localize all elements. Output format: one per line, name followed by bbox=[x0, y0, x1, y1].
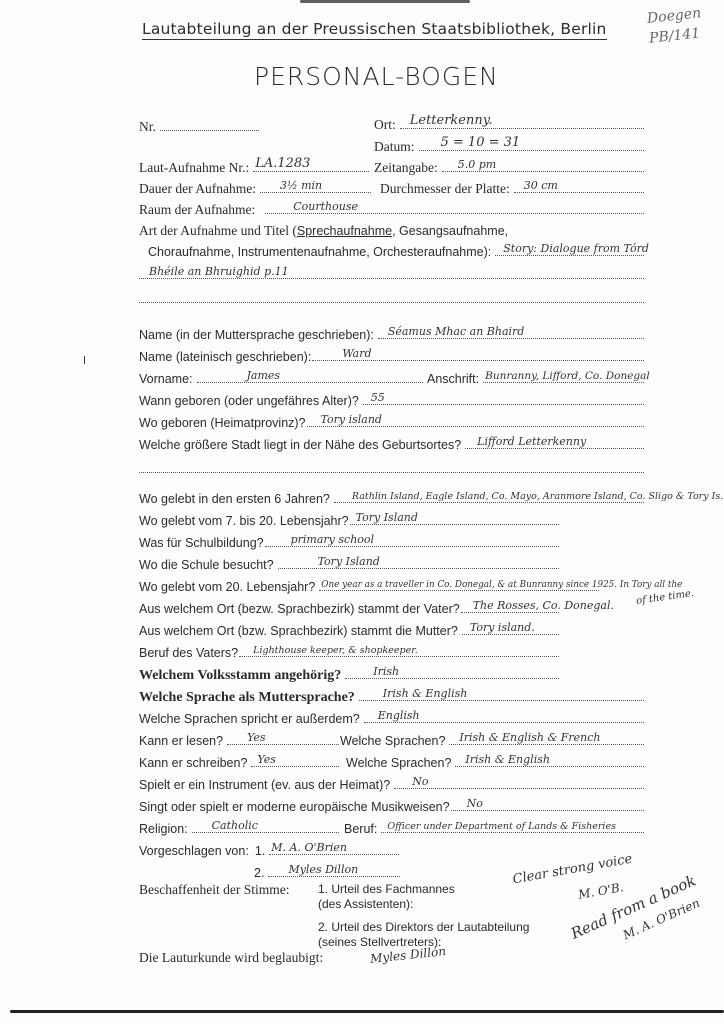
art-field-line2: Bhéile an Bhruighid p.11 bbox=[139, 266, 644, 279]
laut-aufnahme-field: Laut-Aufnahme Nr.: LA.1283 bbox=[139, 159, 369, 176]
stimme-label: Beschaffenheit der Stimme: bbox=[139, 882, 289, 898]
personal-bogen-form: Lautabteilung an der Preussischen Staats… bbox=[0, 0, 724, 1024]
instrument-field: Spielt er ein Instrument (ev. aus der He… bbox=[139, 776, 644, 792]
geburtsort-field: Wo geboren (Heimatprovinz)? Tory island bbox=[139, 414, 644, 430]
urteil-1-signature: M. O'B. bbox=[577, 880, 624, 902]
archive-stamp: Doegen PB/141 bbox=[646, 3, 704, 48]
name-muttersprache-field: Name (in der Muttersprache geschrieben):… bbox=[139, 326, 644, 342]
lesen-field: Kann er lesen? Yes bbox=[139, 732, 339, 748]
erste-6-jahre-field: Wo gelebt in den ersten 6 Jahren? Rathli… bbox=[139, 490, 644, 506]
durchmesser-field: Durchmesser der Platte: 30 cm bbox=[380, 180, 644, 197]
schreiben-field: Kann er schreiben? Yes bbox=[139, 754, 339, 770]
vater-ort-field: Aus welchem Ort (bezw. Sprachbezirk) sta… bbox=[139, 600, 559, 616]
name-lateinisch-field: Name (lateinisch geschrieben): Ward bbox=[139, 348, 644, 364]
religion-field: Religion: Catholic bbox=[139, 820, 339, 836]
muttersprache-field: Welche Sprache als Muttersprache? Irish … bbox=[139, 688, 644, 706]
art-field-line3 bbox=[139, 290, 644, 303]
jahre-7-20-field: Wo gelebt vom 7. bis 20. Lebensjahr? Tor… bbox=[139, 512, 559, 528]
ab-20-lebensjahr-field: Wo gelebt vom 20. Lebensjahr? One year a… bbox=[139, 578, 599, 594]
zeitangabe-field: Zeitangabe: 5.0 pm bbox=[374, 159, 644, 176]
anschrift-field: Anschrift: Bunranny, Lifford, Co. Donega… bbox=[427, 370, 644, 386]
schreiben-sprachen-field: Welche Sprachen? Irish & English bbox=[346, 754, 644, 770]
raum-field: Raum der Aufnahme: Courthouse bbox=[139, 201, 644, 218]
dauer-field: Dauer der Aufnahme: 3½ min bbox=[139, 180, 371, 197]
schule-besucht-field: Wo die Schule besucht? Tory Island bbox=[139, 556, 559, 572]
volksstamm-field: Welchem Volksstamm angehörig? Irish bbox=[139, 666, 559, 684]
nr-field: Nr. bbox=[139, 118, 259, 135]
vorname-field: Vorname: James bbox=[139, 370, 423, 386]
urteil-1-label: 1. Urteil des Fachmannes (des Assistente… bbox=[318, 882, 455, 912]
geboren-field: Wann geboren (oder ungefähres Alter)? 55 bbox=[139, 392, 644, 408]
mutter-ort-field: Aus welchem Ort (bzw. Sprachbezirk) stam… bbox=[139, 622, 559, 638]
ab-20-continuation-note: of the time. bbox=[636, 588, 695, 607]
schulbildung-field: Was für Schulbildung? primary school bbox=[139, 534, 559, 550]
vorgeschlagen-2-field: 2. Myles Dillon bbox=[254, 864, 400, 880]
stadt-field-line2 bbox=[139, 460, 644, 473]
form-title: PERSONAL-BOGEN bbox=[254, 62, 499, 91]
datum-field: Datum: 5 = 10 = 31 bbox=[374, 138, 644, 155]
beglaubigt-label: Die Lauturkunde wird beglaubigt: bbox=[139, 950, 323, 966]
beruf-field: Beruf: Officer under Department of Lands… bbox=[344, 820, 644, 836]
scan-edge-mark bbox=[300, 0, 470, 3]
musik-field: Singt oder spielt er moderne europäische… bbox=[139, 798, 644, 814]
art-field: Choraufnahme, Instrumentenaufnahme, Orch… bbox=[148, 243, 644, 259]
vorgeschlagen-1-field: Vorgeschlagen von: 1. M. A. O'Brien bbox=[139, 842, 399, 858]
stadt-field: Welche größere Stadt liegt in der Nähe d… bbox=[139, 436, 644, 452]
institution-header: Lautabteilung an der Preussischen Staats… bbox=[142, 20, 607, 40]
margin-mark bbox=[84, 356, 85, 364]
art-label-line1: Art der Aufnahme und Titel (Sprechaufnah… bbox=[139, 223, 508, 239]
lesen-sprachen-field: Welche Sprachen? Irish & English & Frenc… bbox=[340, 732, 644, 748]
beruf-vater-field: Beruf des Vaters? Lighthouse keeper, & s… bbox=[139, 644, 559, 660]
bottom-rule bbox=[10, 1010, 724, 1013]
weitere-sprachen-field: Welche Sprachen spricht er außerdem? Eng… bbox=[139, 710, 644, 726]
ort-field: Ort: Letterkenny. bbox=[374, 116, 644, 133]
